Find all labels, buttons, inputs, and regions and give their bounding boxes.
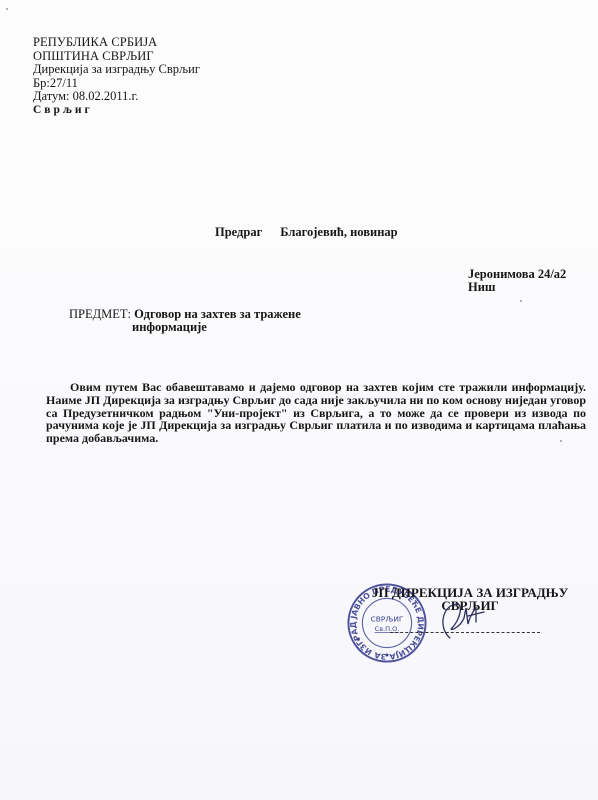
scan-speck <box>6 8 8 10</box>
svg-text:СВРЉИГ: СВРЉИГ <box>371 614 404 623</box>
address-city: Ниш <box>468 281 566 294</box>
recipient-last-name-title: Благојевић, новинар <box>280 225 397 239</box>
letterhead-country: РЕПУБЛИКА СРБИЈА <box>33 36 200 50</box>
letterhead-place: Сврљиг <box>33 104 200 118</box>
recipient-first-name: Предраг <box>215 225 262 239</box>
document-date: Датум: 08.02.2011.г. <box>33 90 200 104</box>
reference-number: Бр:27/11 <box>33 77 200 91</box>
handwritten-signature-icon <box>430 598 490 646</box>
subject-text-line2: информације <box>69 321 301 334</box>
subject-text-line1: Одговор на захтев за тражене <box>134 307 301 321</box>
recipient-address: Јеронимова 24/а2 Ниш <box>468 268 566 294</box>
scan-speck <box>560 440 562 442</box>
letterhead-institution: Дирекција за изградњу Сврљиг <box>33 63 200 77</box>
signature-line <box>390 632 540 633</box>
recipient-name: ПредрагБлагојевић, новинар <box>215 225 398 240</box>
scan-speck <box>520 300 522 302</box>
body-paragraph: Овим путем Вас обавештавамо и дајемо одг… <box>46 381 586 445</box>
subject-label: ПРЕДМЕТ: <box>69 307 131 321</box>
letterhead-municipality: ОПШТИНА СВРЉИГ <box>33 50 200 64</box>
scanned-letter-page: РЕПУБЛИКА СРБИЈА ОПШТИНА СВРЉИГ Дирекциј… <box>0 0 598 800</box>
letterhead: РЕПУБЛИКА СРБИЈА ОПШТИНА СВРЉИГ Дирекциј… <box>33 36 200 118</box>
subject-block: ПРЕДМЕТ: Одговор на захтев за тражене ин… <box>69 308 301 334</box>
letter-body: Овим путем Вас обавештавамо и дајемо одг… <box>46 381 586 445</box>
